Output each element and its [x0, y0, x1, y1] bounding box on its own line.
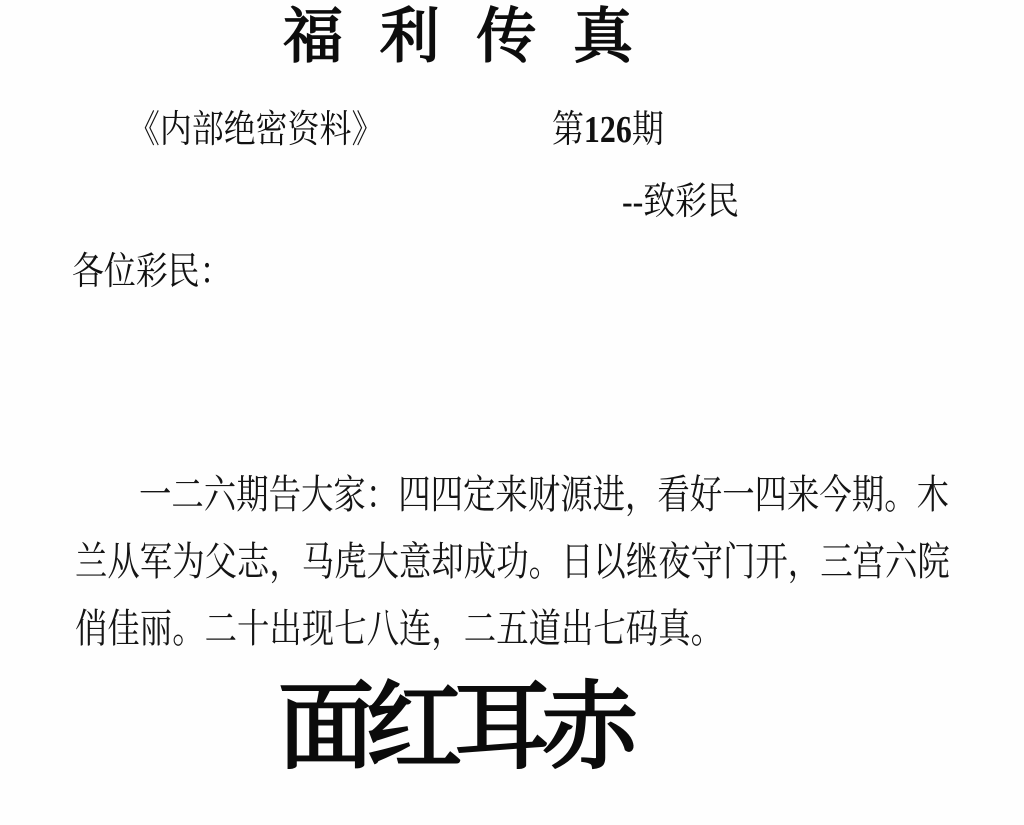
salutation-line: 各位彩民：	[72, 250, 262, 296]
issue-prefix: 第	[552, 109, 584, 151]
issue-suffix: 期	[632, 109, 664, 151]
confidential-subtitle-text: 《内部绝密资料》	[128, 108, 383, 154]
body-paragraph-line-3: 俏佳丽。二十出现七八连，二五道出七码真。	[75, 606, 875, 652]
issue-value: 126	[584, 109, 632, 151]
masthead-title: 福 利 传 真	[283, 4, 643, 70]
salutation-text: 各位彩民：	[72, 250, 232, 296]
body-paragraph-line-1: 一二六期告大家：四四定来财源进，看好一四来今期。木	[139, 472, 1024, 518]
dedication-text: --致彩民	[622, 180, 739, 226]
confidential-subtitle: 《内部绝密资料》	[128, 108, 432, 154]
body-paragraph-line-2: 兰从军为父志，马虎大意却成功。日以继夜守门开，三宫六院	[75, 539, 1024, 585]
headline-idiom: 面红耳赤	[278, 678, 630, 779]
issue-number: 第126期	[552, 108, 685, 154]
dedication-line: --致彩民	[622, 180, 761, 226]
fax-document-page: 福 利 传 真 《内部绝密资料》 第126期 --致彩民 各位彩民： 一二六期告…	[0, 0, 1024, 825]
